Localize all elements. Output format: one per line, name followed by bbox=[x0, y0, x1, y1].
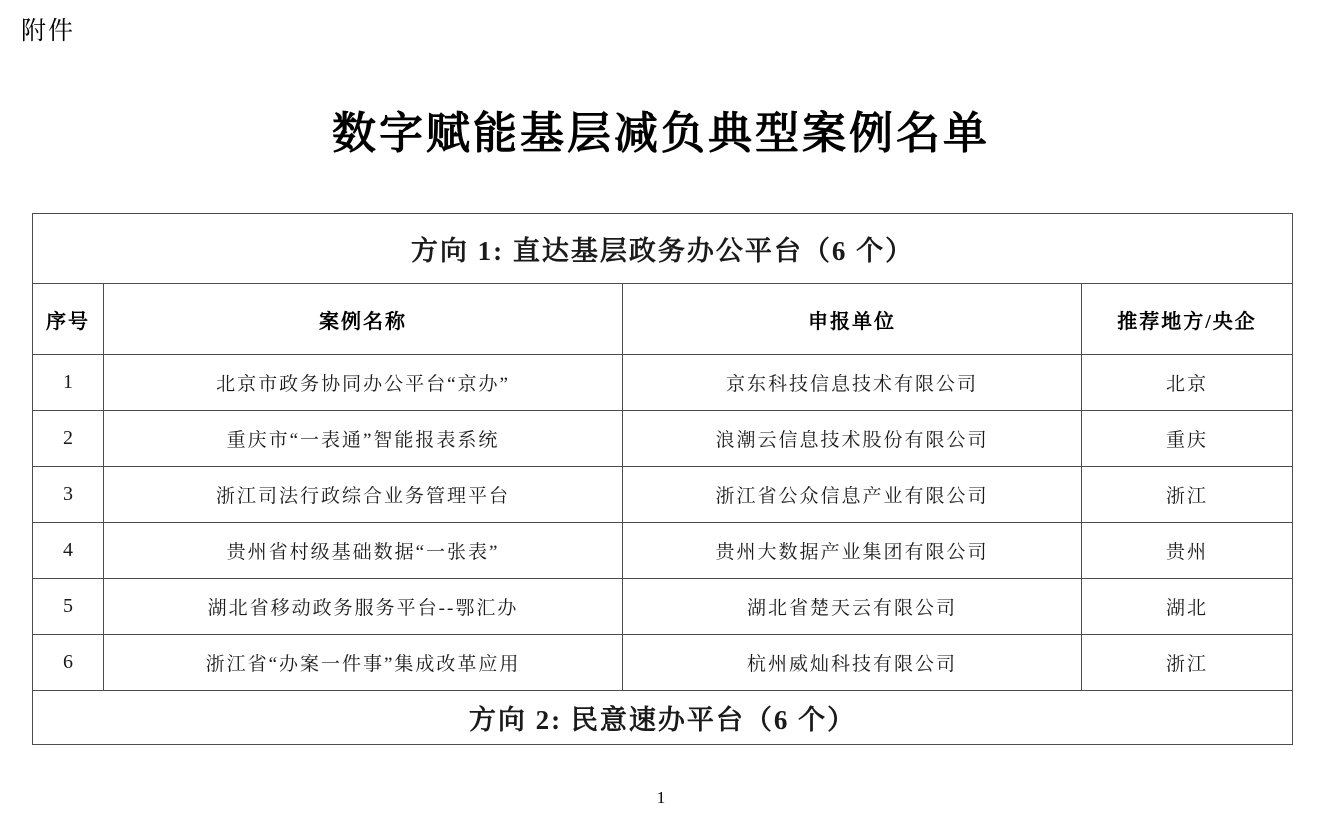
cell-declaring-unit: 杭州威灿科技有限公司 bbox=[623, 635, 1082, 691]
page-title: 数字赋能基层减负典型案例名单 bbox=[0, 97, 1322, 161]
section-2-row: 方向 2: 民意速办平台（6 个） bbox=[33, 691, 1293, 745]
cell-recommender: 北京 bbox=[1082, 355, 1293, 411]
cell-no: 3 bbox=[33, 467, 104, 523]
cell-declaring-unit: 京东科技信息技术有限公司 bbox=[623, 355, 1082, 411]
cell-case-name: 贵州省村级基础数据“一张表” bbox=[104, 523, 623, 579]
section-1-header: 方向 1: 直达基层政务办公平台（6 个） bbox=[33, 214, 1293, 284]
column-header-declaring-unit: 申报单位 bbox=[623, 284, 1082, 355]
column-header-row: 序号 案例名称 申报单位 推荐地方/央企 bbox=[33, 284, 1293, 355]
column-header-recommender: 推荐地方/央企 bbox=[1082, 284, 1293, 355]
page-number: 1 bbox=[0, 788, 1322, 808]
table-row: 2 重庆市“一表通”智能报表系统 浪潮云信息技术股份有限公司 重庆 bbox=[33, 411, 1293, 467]
cell-no: 5 bbox=[33, 579, 104, 635]
section-1-row: 方向 1: 直达基层政务办公平台（6 个） bbox=[33, 214, 1293, 284]
cell-recommender: 浙江 bbox=[1082, 467, 1293, 523]
cell-recommender: 湖北 bbox=[1082, 579, 1293, 635]
table-row: 3 浙江司法行政综合业务管理平台 浙江省公众信息产业有限公司 浙江 bbox=[33, 467, 1293, 523]
cell-case-name: 湖北省移动政务服务平台--鄂汇办 bbox=[104, 579, 623, 635]
cell-case-name: 北京市政务协同办公平台“京办” bbox=[104, 355, 623, 411]
table-row: 5 湖北省移动政务服务平台--鄂汇办 湖北省楚天云有限公司 湖北 bbox=[33, 579, 1293, 635]
cell-declaring-unit: 浪潮云信息技术股份有限公司 bbox=[623, 411, 1082, 467]
cell-recommender: 重庆 bbox=[1082, 411, 1293, 467]
attachment-label: 附件 bbox=[21, 11, 75, 47]
table-row: 6 浙江省“办案一件事”集成改革应用 杭州威灿科技有限公司 浙江 bbox=[33, 635, 1293, 691]
cell-case-name: 浙江省“办案一件事”集成改革应用 bbox=[104, 635, 623, 691]
cell-recommender: 贵州 bbox=[1082, 523, 1293, 579]
cell-case-name: 浙江司法行政综合业务管理平台 bbox=[104, 467, 623, 523]
cell-recommender: 浙江 bbox=[1082, 635, 1293, 691]
column-header-no: 序号 bbox=[33, 284, 104, 355]
cell-case-name: 重庆市“一表通”智能报表系统 bbox=[104, 411, 623, 467]
cell-declaring-unit: 浙江省公众信息产业有限公司 bbox=[623, 467, 1082, 523]
cell-no: 1 bbox=[33, 355, 104, 411]
cell-declaring-unit: 湖北省楚天云有限公司 bbox=[623, 579, 1082, 635]
section-2-header: 方向 2: 民意速办平台（6 个） bbox=[33, 691, 1293, 745]
cell-declaring-unit: 贵州大数据产业集团有限公司 bbox=[623, 523, 1082, 579]
cell-no: 6 bbox=[33, 635, 104, 691]
table-row: 1 北京市政务协同办公平台“京办” 京东科技信息技术有限公司 北京 bbox=[33, 355, 1293, 411]
column-header-case-name: 案例名称 bbox=[104, 284, 623, 355]
cell-no: 2 bbox=[33, 411, 104, 467]
cell-no: 4 bbox=[33, 523, 104, 579]
table-row: 4 贵州省村级基础数据“一张表” 贵州大数据产业集团有限公司 贵州 bbox=[33, 523, 1293, 579]
cases-table: 方向 1: 直达基层政务办公平台（6 个） 序号 案例名称 申报单位 推荐地方/… bbox=[32, 213, 1293, 745]
